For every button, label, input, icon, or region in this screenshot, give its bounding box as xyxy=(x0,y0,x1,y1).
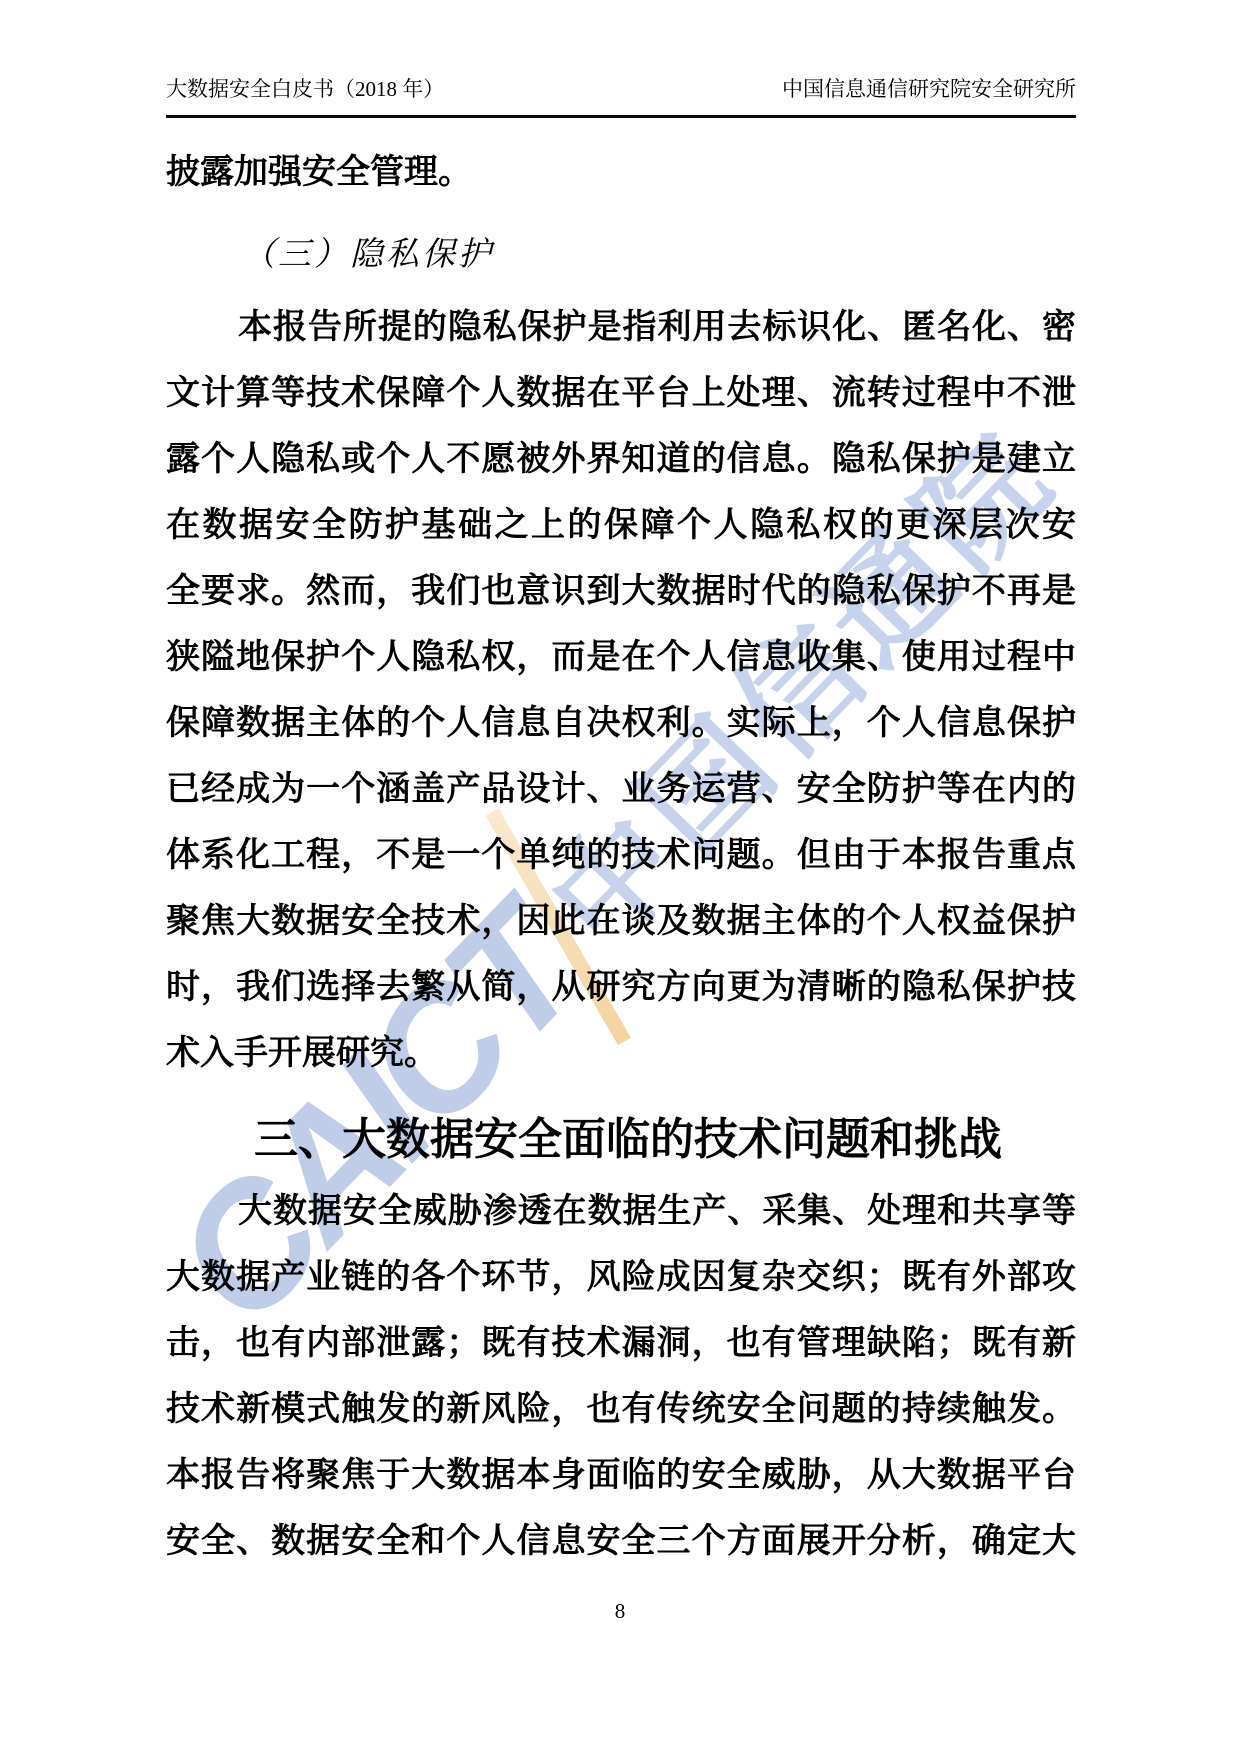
text-line: 本报告所提的隐私保护是指利用去标识化、匿名化、密 xyxy=(166,294,1076,360)
text-line: 在数据安全防护基础之上的保障个人隐私权的更深层次安 xyxy=(166,492,1076,558)
paragraph-privacy: 本报告所提的隐私保护是指利用去标识化、匿名化、密文计算等技术保障个人数据在平台上… xyxy=(166,294,1076,1086)
subsection-heading-privacy: （三）隐私保护 xyxy=(166,227,1076,283)
text-line: 保障数据主体的个人信息自决权利。实际上，个人信息保护 xyxy=(166,690,1076,756)
text-line: 大数据安全威胁渗透在数据生产、采集、处理和共享等 xyxy=(166,1178,1076,1244)
text-line: 文计算等技术保障个人数据在平台上处理、流转过程中不泄 xyxy=(166,360,1076,426)
paragraph-continuation: 披露加强安全管理。 xyxy=(166,139,1076,205)
section-heading-challenges: 三、大数据安全面临的技术问题和挑战 xyxy=(166,1102,1076,1178)
text-line: 技术新模式触发的新风险，也有传统安全问题的持续触发。 xyxy=(166,1376,1076,1442)
text-line: 已经成为一个涵盖产品设计、业务运营、安全防护等在内的 xyxy=(166,756,1076,822)
text-line: 全要求。然而，我们也意识到大数据时代的隐私保护不再是 xyxy=(166,558,1076,624)
text-line: 本报告将聚焦于大数据本身面临的安全威胁，从大数据平台 xyxy=(166,1442,1076,1508)
paragraph-threats: 大数据安全威胁渗透在数据生产、采集、处理和共享等大数据产业链的各个环节，风险成因… xyxy=(166,1178,1076,1574)
header-left-title: 大数据安全白皮书（2018 年） xyxy=(166,74,444,104)
document-page: CAICT 中国信通院 大数据安全白皮书（2018 年） 中国信息通信研究院安全… xyxy=(0,0,1240,1754)
text-line: 狭隘地保护个人隐私权，而是在个人信息收集、使用过程中 xyxy=(166,624,1076,690)
page-header: 大数据安全白皮书（2018 年） 中国信息通信研究院安全研究所 xyxy=(166,72,1076,104)
text-line: 体系化工程，不是一个单纯的技术问题。但由于本报告重点 xyxy=(166,822,1076,888)
document-body: 披露加强安全管理。（三）隐私保护本报告所提的隐私保护是指利用去标识化、匿名化、密… xyxy=(166,139,1076,1574)
text-line: 击，也有内部泄露；既有技术漏洞，也有管理缺陷；既有新 xyxy=(166,1310,1076,1376)
text-line: 术入手开展研究。 xyxy=(166,1020,1076,1086)
text-line: 披露加强安全管理。 xyxy=(166,139,1076,205)
header-rule xyxy=(166,115,1076,118)
text-line: 聚焦大数据安全技术，因此在谈及数据主体的个人权益保护 xyxy=(166,888,1076,954)
text-line: 安全、数据安全和个人信息安全三个方面展开分析，确定大 xyxy=(166,1508,1076,1574)
text-line: 露个人隐私或个人不愿被外界知道的信息。隐私保护是建立 xyxy=(166,426,1076,492)
page-number: 8 xyxy=(0,1596,1240,1626)
text-line: 大数据产业链的各个环节，风险成因复杂交织；既有外部攻 xyxy=(166,1244,1076,1310)
header-right-title: 中国信息通信研究院安全研究所 xyxy=(782,74,1076,104)
text-line: 时，我们选择去繁从简，从研究方向更为清晰的隐私保护技 xyxy=(166,954,1076,1020)
